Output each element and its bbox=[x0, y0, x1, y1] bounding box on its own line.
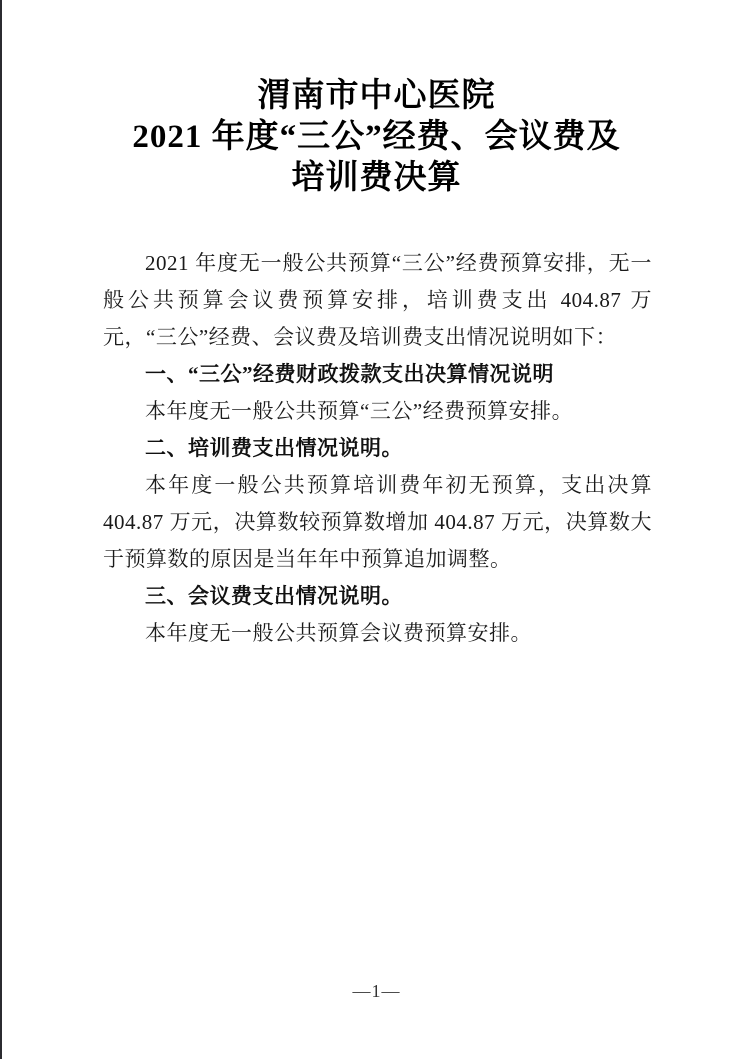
title-line-1: 渭南市中心医院 bbox=[0, 76, 753, 117]
paragraph: 本年度无一般公共预算“三公”经费预算安排。 bbox=[103, 393, 652, 430]
scan-edge-left bbox=[0, 0, 2, 1059]
title-line-3: 培训费决算 bbox=[0, 158, 753, 199]
paragraph: 2021 年度无一般公共预算“三公”经费预算安排，无一般公共预算会议费预算安排，… bbox=[103, 245, 652, 356]
paragraph: 本年度一般公共预算培训费年初无预算，支出决算 404.87 万元，决算数较预算数… bbox=[103, 467, 652, 578]
document-page: 渭南市中心医院 2021 年度“三公”经费、会议费及 培训费决算 2021 年度… bbox=[0, 0, 753, 1059]
paragraph: 本年度无一般公共预算会议费预算安排。 bbox=[103, 615, 652, 652]
paragraph: 一、“三公”经费财政拨款支出决算情况说明 bbox=[103, 356, 652, 393]
paragraph: 二、培训费支出情况说明。 bbox=[103, 430, 652, 467]
paragraph: 三、会议费支出情况说明。 bbox=[103, 578, 652, 615]
document-title: 渭南市中心医院 2021 年度“三公”经费、会议费及 培训费决算 bbox=[0, 76, 753, 199]
title-line-2: 2021 年度“三公”经费、会议费及 bbox=[0, 117, 753, 158]
page-number: —1— bbox=[0, 981, 753, 1002]
document-body: 2021 年度无一般公共预算“三公”经费预算安排，无一般公共预算会议费预算安排，… bbox=[103, 245, 652, 652]
